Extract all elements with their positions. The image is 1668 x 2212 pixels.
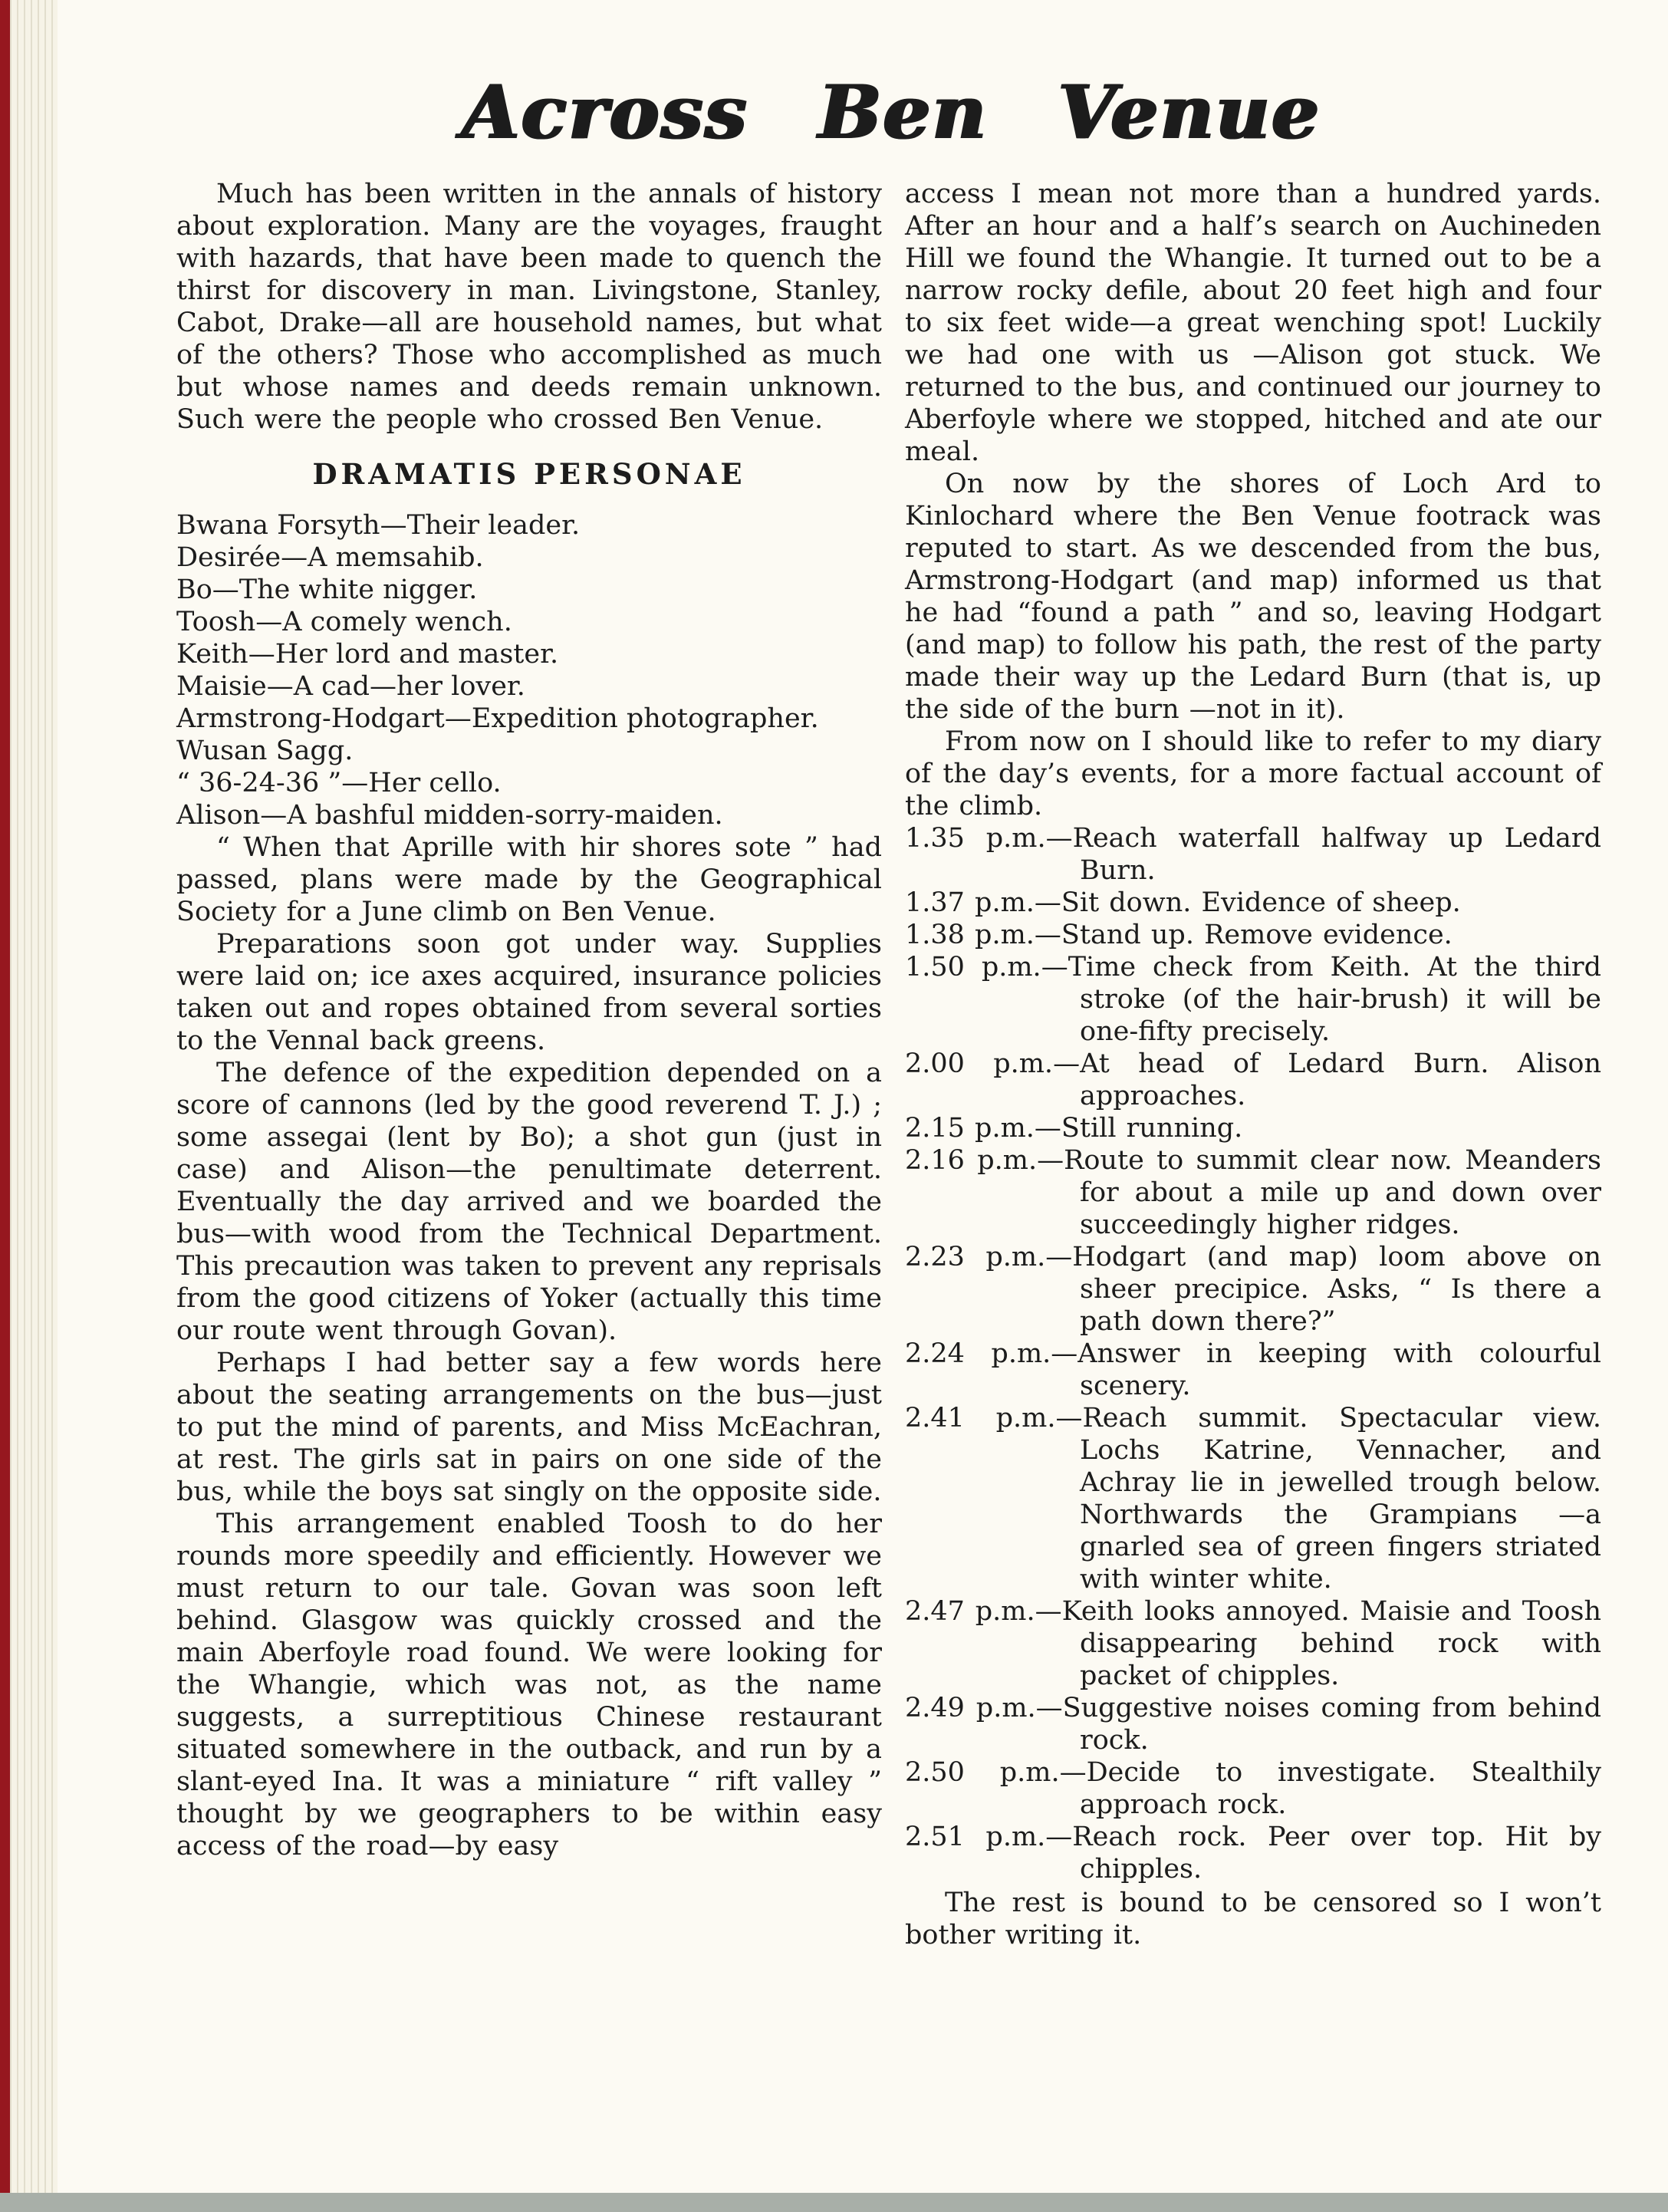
paragraph: Preparations soon got under way. Supplie… bbox=[176, 928, 882, 1057]
diary-separator: — bbox=[1037, 1145, 1064, 1176]
diary-entry: 1.37 p.m.—Sit down. Evidence of sheep. bbox=[905, 887, 1601, 919]
diary-separator: — bbox=[1036, 1693, 1063, 1723]
diary-separator: — bbox=[1055, 1403, 1082, 1434]
diary-time: 2.16 p.m. bbox=[905, 1145, 1037, 1176]
cast-member-line: Maisie—A cad—her lover. bbox=[176, 670, 882, 703]
diary-separator: — bbox=[1053, 1048, 1080, 1079]
right-column: access I mean not more than a hundred ya… bbox=[905, 178, 1601, 1951]
diary-text: Suggestive noises coming from behind roc… bbox=[1063, 1693, 1601, 1756]
scanner-background-strip bbox=[0, 2193, 1668, 2212]
paragraph: This arrangement enabled Toosh to do her… bbox=[176, 1508, 882, 1862]
diary-entry: 2.49 p.m.—Suggestive noises coming from … bbox=[905, 1692, 1601, 1756]
diary-entry: 2.16 p.m.—Route to summit clear now. Mea… bbox=[905, 1144, 1601, 1241]
diary-time: 2.23 p.m. bbox=[905, 1242, 1045, 1272]
diary-entry: 2.41 p.m.—Reach summit. Spectacular view… bbox=[905, 1402, 1601, 1595]
diary-text: Decide to investigate. Stealthily approa… bbox=[1080, 1757, 1601, 1820]
cast-member-line: “ 36-24-36 ”—Her cello. bbox=[176, 767, 882, 799]
diary-entry: 2.50 p.m.—Decide to investigate. Stealth… bbox=[905, 1756, 1601, 1821]
diary-separator: — bbox=[1035, 1596, 1062, 1627]
diary-text: Still running. bbox=[1061, 1113, 1242, 1144]
cast-member-line: Bo—The white nigger. bbox=[176, 574, 882, 606]
paragraph: On now by the shores of Loch Ard to Kinl… bbox=[905, 468, 1601, 726]
diary-entry: 2.47 p.m.—Keith looks annoyed. Maisie an… bbox=[905, 1595, 1601, 1692]
diary-time: 2.50 p.m. bbox=[905, 1757, 1060, 1788]
diary-time: 2.51 p.m. bbox=[905, 1822, 1045, 1852]
diary-time: 2.41 p.m. bbox=[905, 1403, 1055, 1434]
stacked-page-edges bbox=[10, 0, 58, 2194]
paragraph: From now on I should like to refer to my… bbox=[905, 726, 1601, 822]
closing-paragraph: The rest is bound to be censored so I wo… bbox=[905, 1887, 1601, 1951]
diary-text: Hodgart (and map) loom above on sheer pr… bbox=[1072, 1242, 1601, 1337]
cast-member-line: Keith—Her lord and master. bbox=[176, 638, 882, 670]
cast-member-line: Desirée—A memsahib. bbox=[176, 541, 882, 574]
diary-timeline: 1.35 p.m.—Reach waterfall halfway up Led… bbox=[905, 822, 1601, 1885]
diary-separator: — bbox=[1035, 920, 1061, 950]
dramatis-personae-heading: DRAMATIS PERSONAE bbox=[176, 457, 882, 491]
diary-text: Reach summit. Spectacular view. Lochs Ka… bbox=[1080, 1403, 1601, 1595]
article-title: Across Ben Venue bbox=[176, 71, 1605, 155]
diary-time: 2.47 p.m. bbox=[905, 1596, 1035, 1627]
diary-time: 2.49 p.m. bbox=[905, 1693, 1036, 1723]
diary-time: 1.35 p.m. bbox=[905, 823, 1046, 854]
right-column-paragraphs: access I mean not more than a hundred ya… bbox=[905, 178, 1601, 822]
paragraph: access I mean not more than a hundred ya… bbox=[905, 178, 1601, 468]
diary-separator: — bbox=[1060, 1757, 1087, 1788]
paragraph: Perhaps I had better say a few words her… bbox=[176, 1347, 882, 1508]
diary-entry: 1.50 p.m.—Time check from Keith. At the … bbox=[905, 951, 1601, 1048]
cast-list: Bwana Forsyth—Their leader.Desirée—A mem… bbox=[176, 509, 882, 831]
diary-entry: 2.51 p.m.—Reach rock. Peer over top. Hit… bbox=[905, 1821, 1601, 1885]
diary-text: Reach waterfall halfway up Ledard Burn. bbox=[1073, 823, 1601, 886]
diary-separator: — bbox=[1041, 952, 1068, 983]
diary-time: 2.15 p.m. bbox=[905, 1113, 1035, 1144]
diary-time: 1.38 p.m. bbox=[905, 920, 1035, 950]
paragraph: “ When that Aprille with hir shores sote… bbox=[176, 831, 882, 928]
diary-text: Answer in keeping with colourful scenery… bbox=[1077, 1338, 1601, 1401]
cast-member-line: Bwana Forsyth—Their leader. bbox=[176, 509, 882, 541]
diary-text: Keith looks annoyed. Maisie and Toosh di… bbox=[1062, 1596, 1601, 1691]
left-column-paragraphs: “ When that Aprille with hir shores sote… bbox=[176, 831, 882, 1862]
diary-text: Stand up. Remove evidence. bbox=[1061, 920, 1453, 950]
diary-separator: — bbox=[1035, 1113, 1061, 1144]
diary-text: Sit down. Evidence of sheep. bbox=[1061, 887, 1461, 918]
diary-separator: — bbox=[1051, 1338, 1077, 1369]
scanned-magazine-page: Across Ben Venue Much has been written i… bbox=[58, 0, 1668, 2193]
diary-separator: — bbox=[1035, 887, 1061, 918]
cast-member-line: Alison—A bashful midden-sorry-maiden. bbox=[176, 799, 882, 831]
diary-entry: 2.23 p.m.—Hodgart (and map) loom above o… bbox=[905, 1241, 1601, 1338]
cast-member-line: Wusan Sagg. bbox=[176, 735, 882, 767]
cast-member-line: Toosh—A comely wench. bbox=[176, 606, 882, 638]
diary-entry: 1.38 p.m.—Stand up. Remove evidence. bbox=[905, 919, 1601, 951]
diary-entry: 1.35 p.m.—Reach waterfall halfway up Led… bbox=[905, 822, 1601, 887]
left-column: Much has been written in the annals of h… bbox=[176, 178, 882, 1951]
diary-time: 2.00 p.m. bbox=[905, 1048, 1053, 1079]
diary-text: Time check from Keith. At the third stro… bbox=[1068, 952, 1601, 1047]
diary-text: Route to summit clear now. Meanders for … bbox=[1064, 1145, 1601, 1240]
diary-time: 1.50 p.m. bbox=[905, 952, 1041, 983]
diary-separator: — bbox=[1045, 1242, 1072, 1272]
paragraph: The defence of the expedition depended o… bbox=[176, 1057, 882, 1347]
cast-member-line: Armstrong-Hodgart—Expedition photographe… bbox=[176, 703, 882, 735]
diary-separator: — bbox=[1046, 823, 1073, 854]
diary-text: Reach rock. Peer over top. Hit by chippl… bbox=[1072, 1822, 1601, 1884]
diary-time: 1.37 p.m. bbox=[905, 887, 1035, 918]
book-spine bbox=[0, 0, 10, 2194]
diary-entry: 2.00 p.m.—At head of Ledard Burn. Alison… bbox=[905, 1048, 1601, 1112]
diary-time: 2.24 p.m. bbox=[905, 1338, 1051, 1369]
diary-separator: — bbox=[1045, 1822, 1072, 1852]
intro-paragraph: Much has been written in the annals of h… bbox=[176, 178, 882, 436]
diary-entry: 2.15 p.m.—Still running. bbox=[905, 1112, 1601, 1144]
two-column-text-block: Much has been written in the annals of h… bbox=[176, 178, 1605, 1951]
diary-text: At head of Ledard Burn. Alison approache… bbox=[1080, 1048, 1601, 1111]
diary-entry: 2.24 p.m.—Answer in keeping with colourf… bbox=[905, 1338, 1601, 1402]
